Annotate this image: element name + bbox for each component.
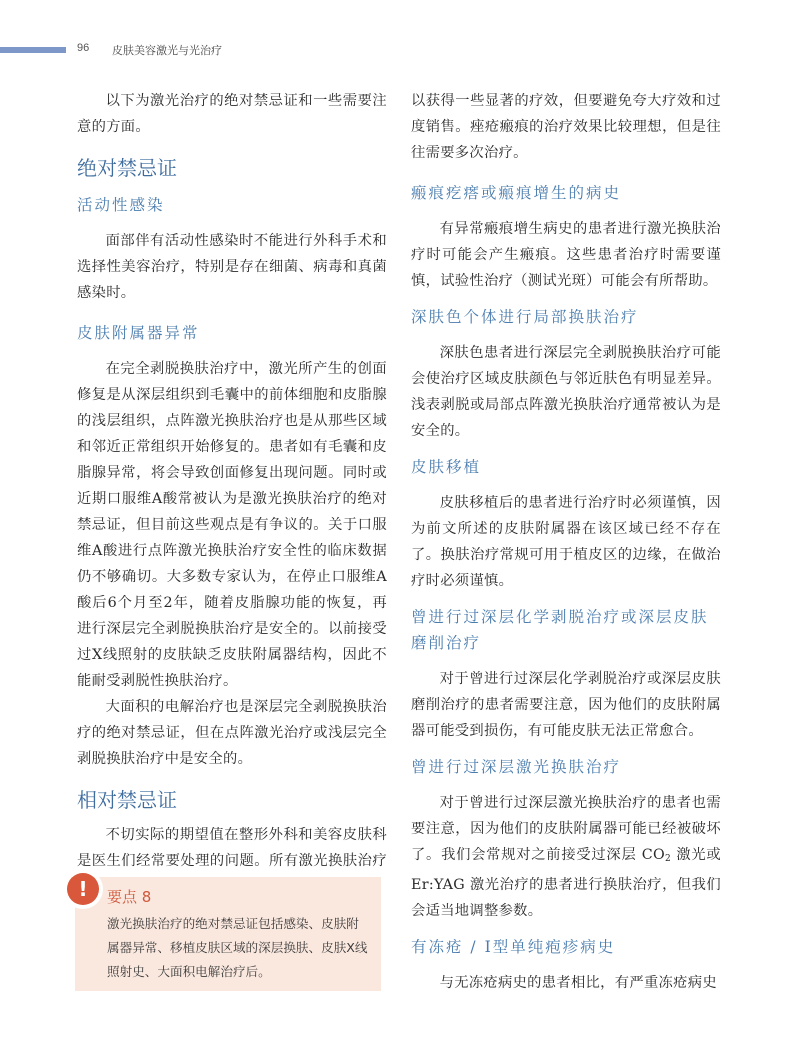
- subheading-herpes-history: 有冻疮 / Ⅰ型单纯疱疹病史: [411, 934, 721, 960]
- right-column: 以获得一些显著的疗效，但要避免夸大疗效和过度销售。痤疮瘢痕的治疗效果比较理想，但…: [411, 88, 721, 996]
- subheading-adnexal-abnormality: 皮肤附属器异常: [77, 320, 387, 346]
- paragraph-continuation: 以获得一些显著的疗效，但要避免夸大疗效和过度销售。痤疮瘢痕的治疗效果比较理想，但…: [411, 88, 721, 166]
- book-title: 皮肤美容激光与光治疗: [112, 42, 222, 58]
- paragraph-skin-graft: 皮肤移植后的患者进行治疗时必须谨慎，因为前文所述的皮肤附属器在该区域已经不存在了…: [411, 490, 721, 594]
- subheading-prior-chemical-peel: 曾进行过深层化学剥脱治疗或深层皮肤磨削治疗: [411, 604, 721, 656]
- intro-paragraph: 以下为激光治疗的绝对禁忌证和一些需要注意的方面。: [77, 88, 387, 140]
- subheading-keloid-history: 瘢痕疙瘩或瘢痕增生的病史: [411, 180, 721, 206]
- paragraph-active-infection: 面部伴有活动性感染时不能进行外科手术和选择性美容治疗，特别是存在细菌、病毒和真菌…: [77, 228, 387, 306]
- subheading-prior-laser-resurfacing: 曾进行过深层激光换肤治疗: [411, 754, 721, 780]
- subheading-active-infection: 活动性感染: [77, 192, 387, 218]
- page-number: 96: [77, 42, 89, 54]
- heading-relative-contraindications: 相对禁忌证: [77, 786, 387, 814]
- paragraph-herpes-history: 与无冻疮病史的患者相比，有严重冻疮病史: [411, 970, 721, 996]
- header-accent-bar: [0, 47, 66, 53]
- exclamation-icon: !: [67, 873, 99, 905]
- paragraph-dark-skin: 深肤色患者进行深层完全剥脱换肤治疗可能会使治疗区域皮肤颜色与邻近肤色有明显差异。…: [411, 340, 721, 444]
- paragraph-adnexal-abnormality-1: 在完全剥脱换肤治疗中，激光所产生的创面修复是从深层组织到毛囊中的前体细胞和皮脂腺…: [77, 356, 387, 694]
- subheading-skin-graft: 皮肤移植: [411, 454, 721, 480]
- paragraph-keloid-history: 有异常瘢痕增生病史的患者进行激光换肤治疗时可能会产生瘢痕。这些患者治疗时需要谨慎…: [411, 216, 721, 294]
- heading-absolute-contraindications: 绝对禁忌证: [77, 154, 387, 182]
- subheading-dark-skin: 深肤色个体进行局部换肤治疗: [411, 304, 721, 330]
- running-header: 96 皮肤美容激光与光治疗: [0, 42, 400, 56]
- callout-text: 激光换肤治疗的绝对禁忌证包括感染、皮肤附属器异常、移植皮肤区域的深层换肤、皮肤X…: [107, 912, 371, 984]
- paragraph-adnexal-abnormality-2: 大面积的电解治疗也是深层完全剥脱换肤治疗的绝对禁忌证，但在点阵激光治疗或浅层完全…: [77, 694, 387, 772]
- paragraph-prior-chemical-peel: 对于曾进行过深层化学剥脱治疗或深层皮肤磨削治疗的患者需要注意，因为他们的皮肤附属…: [411, 666, 721, 744]
- callout-title: 要点 8: [107, 886, 151, 907]
- key-point-callout: ! 要点 8 激光换肤治疗的绝对禁忌证包括感染、皮肤附属器异常、移植皮肤区域的深…: [75, 877, 381, 991]
- paragraph-prior-laser-resurfacing: 对于曾进行过深层激光换肤治疗的患者也需要注意，因为他们的皮肤附属器可能已经被破坏…: [411, 790, 721, 924]
- left-column: 以下为激光治疗的绝对禁忌证和一些需要注意的方面。 绝对禁忌证 活动性感染 面部伴…: [77, 88, 387, 900]
